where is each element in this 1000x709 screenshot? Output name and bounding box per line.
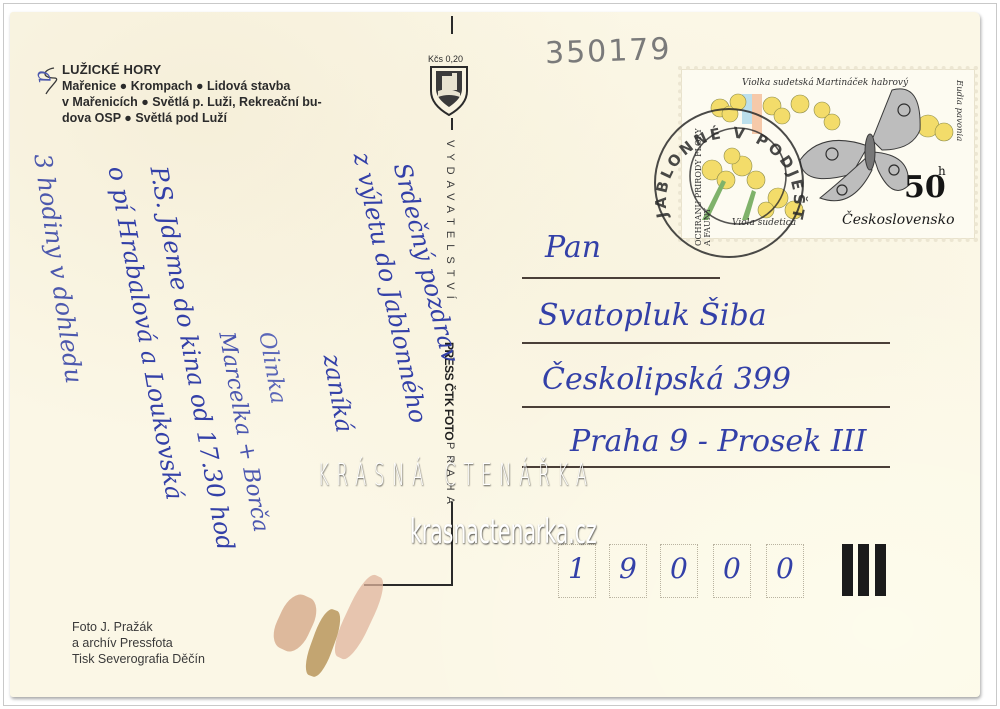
watermark-brand: KRÁSNÁ ČTENÁŘKA xyxy=(318,458,595,493)
zip-digit: 9 xyxy=(619,552,637,585)
sorting-bar xyxy=(842,544,853,596)
message-line: zaníká xyxy=(317,352,358,435)
publisher-vertical-text: VYDAVATELSTVÍ xyxy=(444,140,456,305)
caption-line: Mařenice ● Krompach ● Lidová stavba xyxy=(62,78,322,94)
caption-block: LUŽICKÉ HORY Mařenice ● Krompach ● Lidov… xyxy=(62,62,322,126)
credit-line: Foto J. Pražák xyxy=(72,619,205,635)
address-line-3 xyxy=(522,406,890,408)
sorting-bar xyxy=(858,544,869,596)
zip-digit: 0 xyxy=(776,552,794,585)
address-city: Praha 9 - Prosek III xyxy=(570,424,866,459)
photo-credits: Foto J. Pražák a archív Pressfota Tisk S… xyxy=(72,619,205,667)
inventory-number: 350179 xyxy=(544,32,672,71)
stamp-value-unit: h xyxy=(938,164,946,178)
caption-line: v Mařenicích ● Světlá p. Luži, Rekreační… xyxy=(62,94,322,110)
postcard: LUŽICKÉ HORY Mařenice ● Krompach ● Lidov… xyxy=(10,12,980,697)
zip-digit: 0 xyxy=(670,552,688,585)
signature-line: Olinka xyxy=(253,330,290,406)
stamp-country: Československo xyxy=(842,212,955,228)
stamp-label-moth: Martináček habrový xyxy=(816,78,908,88)
tax-stamp-price: Kčs 0,20 xyxy=(428,54,463,64)
tax-stamp: Kčs 0,20 xyxy=(418,54,478,124)
credit-line: a archív Pressfota xyxy=(72,635,205,651)
watermark-url: krasnactenarka.cz xyxy=(410,512,597,552)
address-line-1 xyxy=(522,277,720,279)
margin-line: 3 hodiny v dohledu xyxy=(28,152,88,385)
divider-top-tick xyxy=(451,16,453,34)
credit-line: Tisk Severografia Děčín xyxy=(72,651,205,667)
address-name: Svatopluk Šiba xyxy=(538,298,767,333)
address-street: Českolipská 399 xyxy=(542,362,791,397)
caption-title: LUŽICKÉ HORY xyxy=(62,62,322,78)
stamp-label-violet: Violka sudetská xyxy=(742,78,814,88)
stamp-label-latin-moth: Eudia pavonia xyxy=(954,80,964,141)
zip-digit: 0 xyxy=(723,552,741,585)
address-line-2 xyxy=(522,342,890,344)
zip-digit: 1 xyxy=(568,552,586,585)
building-emblem-icon xyxy=(428,65,470,117)
divider-mid-tick xyxy=(451,118,453,130)
address-salutation: Pan xyxy=(545,230,601,265)
postmark: JABLONNÉ V PODJEŠTĚDÍ OCHRANU PŘÍRODY FL… xyxy=(650,104,808,262)
caption-line: dova OSP ● Světlá pod Luží xyxy=(62,110,322,126)
sorting-bar xyxy=(875,544,886,596)
stamp-series-text: OCHRANU PŘÍRODY FLÓRY A FAUNY xyxy=(694,126,730,246)
stamp-value: 50 h xyxy=(904,170,946,205)
